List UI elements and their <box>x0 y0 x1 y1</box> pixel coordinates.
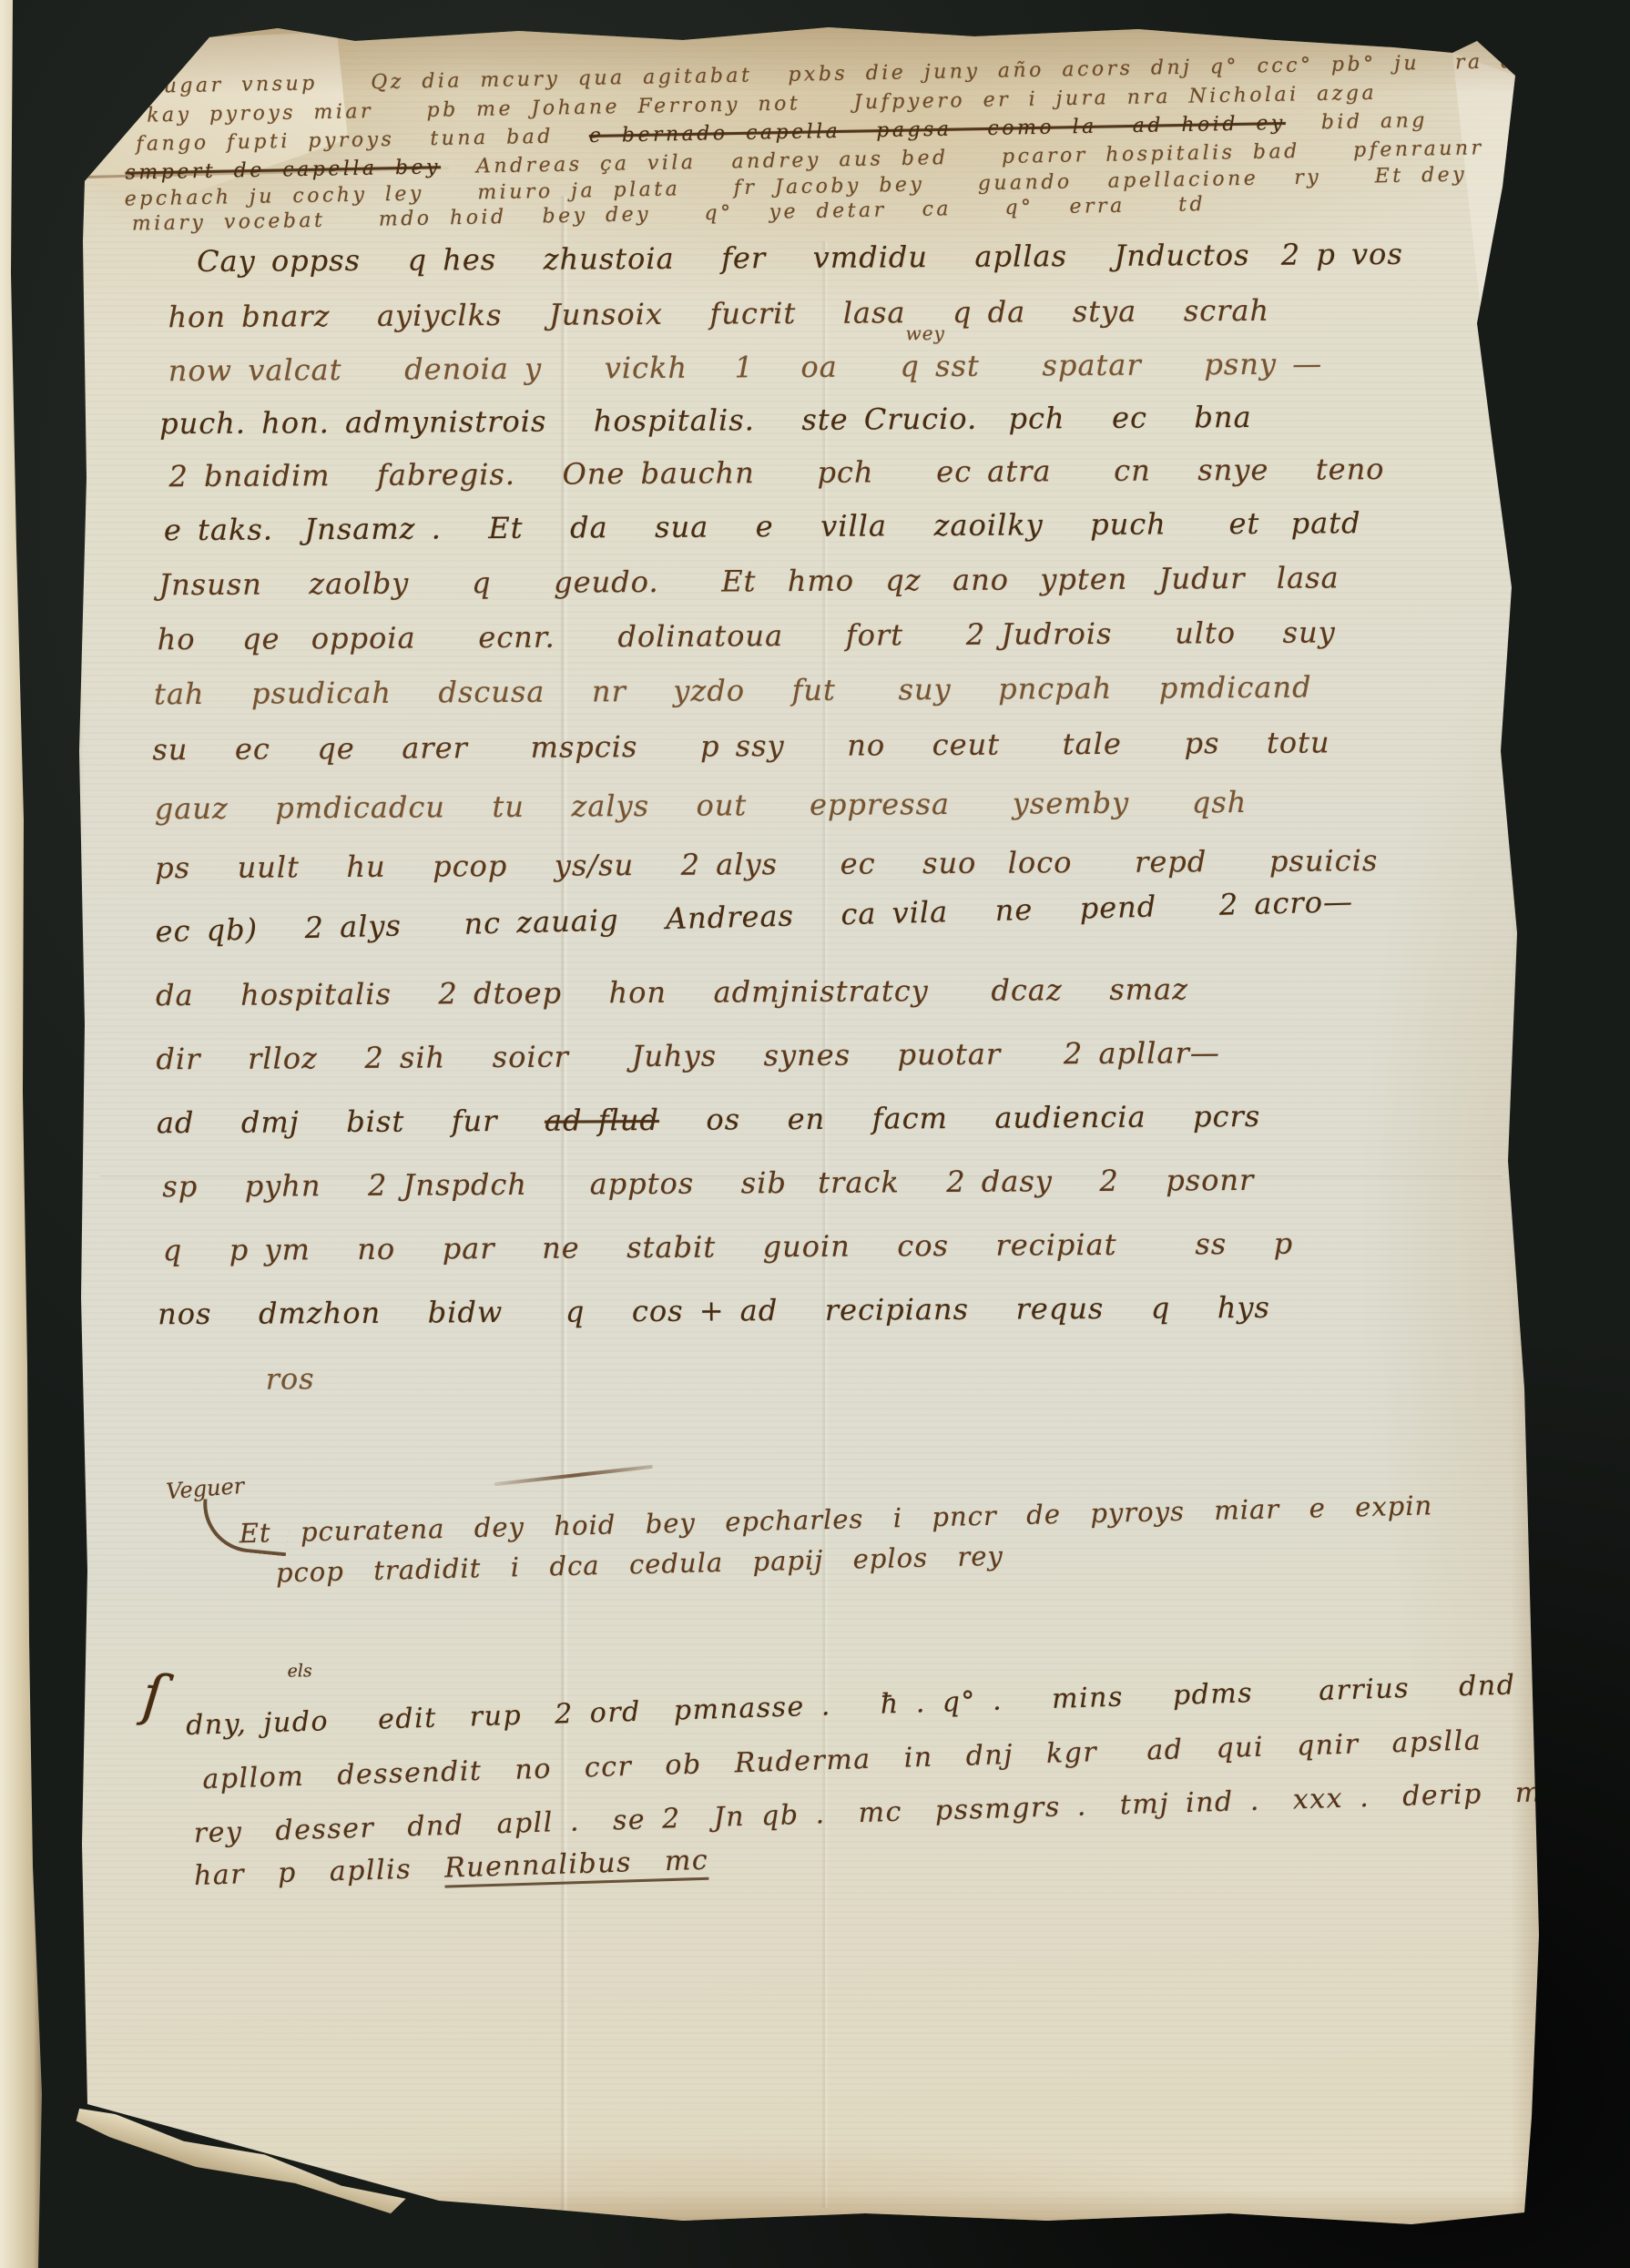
body-line-16-struck-text: ad flud <box>545 1103 659 1138</box>
annotation-line-1: Et pcuratena dey hoid bey epcharles i pn… <box>239 1492 1432 1547</box>
body-line-3: now valcat denoia y vickh 1 oa q sst spa… <box>168 349 1322 385</box>
header-line-3-tail: bid ang <box>1286 109 1428 135</box>
body-line-8: ho qe oppoia ecnr. dolinatoua fort 2 Jud… <box>158 617 1336 654</box>
body-line-9: tah psudicah dscusa nr yzdo fut suy pncp… <box>154 673 1312 709</box>
facing-page-edge <box>0 0 51 2268</box>
manuscript-sheet: ougar vnsup Qz dia mcury qua agitabat px… <box>46 23 1553 2244</box>
footer-line-4: har p apllis Ruennalibus mc <box>194 1847 709 1890</box>
pen-flourish <box>494 1465 653 1486</box>
annotation-line-2: pcop tradidit i dca cedula papij eplos r… <box>276 1543 1004 1587</box>
body-line-7: Jnsusn zaolby q geudo. Et hmo qz ano ypt… <box>158 563 1340 599</box>
header-line-4-struck-text: smpert de capella bey <box>125 156 441 184</box>
body-line-1: Cay oppss q hes zhustoia fer vmdidu apll… <box>197 239 1403 276</box>
body-line-16-tail: os en facm audiencia pcrs <box>659 1099 1261 1137</box>
body-line-18: q p ym no par ne stabit guoin cos recipi… <box>163 1229 1294 1266</box>
body-line-2: hon bnarz ayiyclks Junsoix fucrit lasa q… <box>168 296 1269 331</box>
margin-paragraph-mark: ſ <box>140 1666 167 1724</box>
interlinear-note: wey <box>906 324 945 342</box>
body-line-6: e taks. Jnsamz . Et da sua e villa zaoil… <box>164 508 1361 544</box>
body-line-14: da hospitalis 2 dtoep hon admjnistratcy … <box>156 974 1188 1010</box>
header-line-3-text: fango fupti pyroys tuna bad <box>136 125 589 156</box>
footer-line-4-underlined-text: Ruennalibus mc <box>444 1845 709 1888</box>
body-line-16-text: ad dmj bist fur <box>157 1103 545 1141</box>
body-line-20: ros <box>266 1364 315 1393</box>
photo-background: ougar vnsup Qz dia mcury qua agitabat px… <box>0 0 1630 2268</box>
body-line-5: 2 bnaidim fabregis. One bauchn pch ec at… <box>168 454 1384 491</box>
body-line-19: nos dmzhon bidw q cos + ad recipians req… <box>158 1293 1270 1328</box>
body-line-17: sp pyhn 2 Jnspdch apptos sib track 2 das… <box>162 1165 1254 1201</box>
body-line-4: puch. hon. admynistrois hospitalis. ste … <box>159 402 1252 438</box>
body-line-16: ad dmj bist fur ad flud os en facm audie… <box>157 1102 1261 1137</box>
body-line-10: su ec qe arer mspcis p ssy no ceut tale … <box>152 727 1329 764</box>
body-line-12: ps uult hu pcop ys/su 2 alys ec suo loco… <box>155 846 1378 882</box>
footer-line-4-text: har p apllis <box>194 1853 445 1892</box>
body-line-11: gauz pmdicadcu tu zalys out eppressa yse… <box>155 788 1248 823</box>
body-line-13: ec qb) 2 alys nc zauaig Andreas ca vila … <box>155 887 1353 946</box>
body-line-15: dir rlloz 2 sih soicr Juhys synes puotar… <box>156 1038 1220 1073</box>
ink-text-layer: ougar vnsup Qz dia mcury qua agitabat px… <box>39 18 1560 2249</box>
footer-superscript: els <box>288 1663 312 1680</box>
